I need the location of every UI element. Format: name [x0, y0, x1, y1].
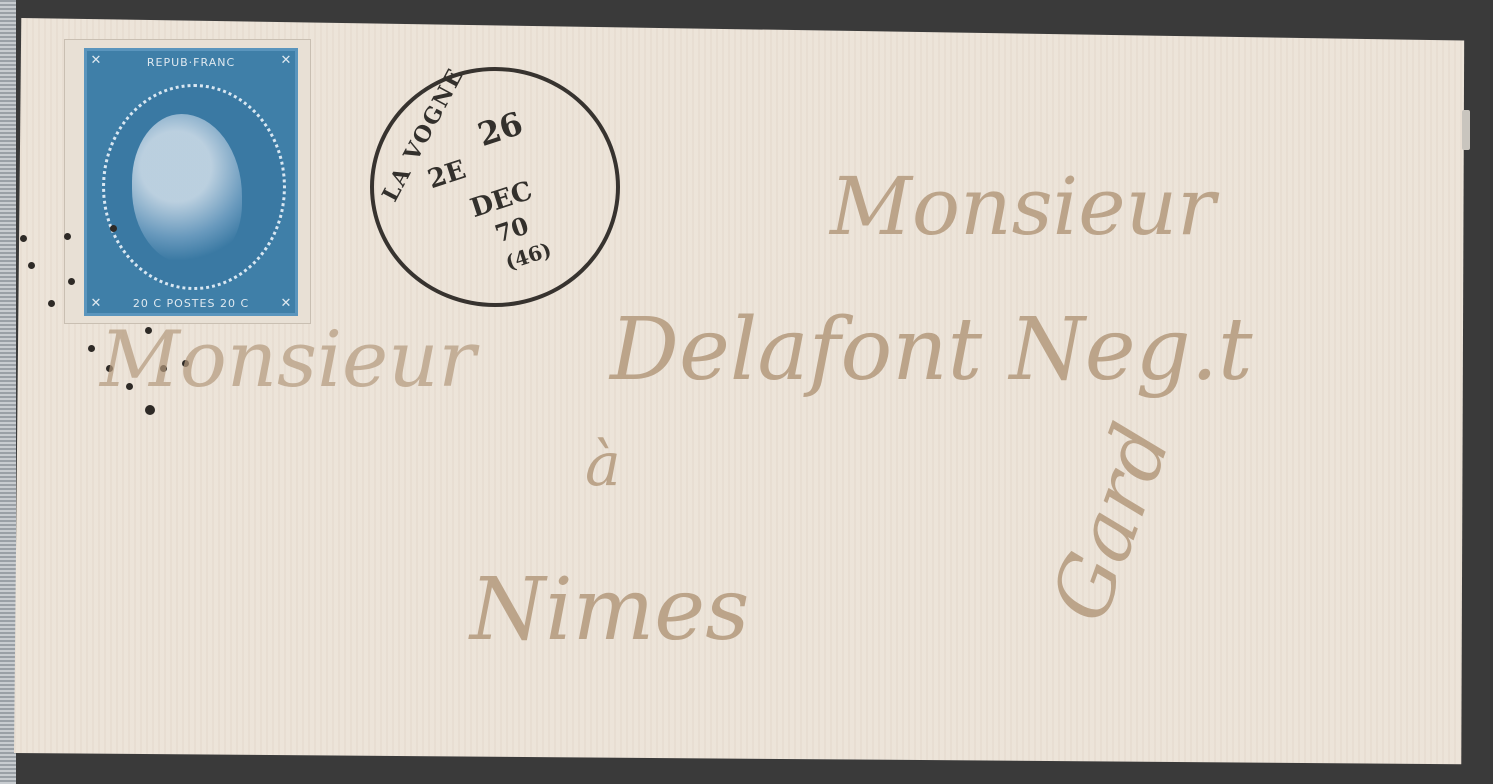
address-overwritten: Monsieur [100, 315, 476, 405]
ceres-stamp: REPUB·FRANC ✕ ✕ ✕ ✕ 20 C POSTES 20 C [84, 48, 298, 316]
address-line-1: Monsieur [830, 160, 1215, 253]
scanner-edge [0, 0, 16, 784]
corner-cross-icon: ✕ [277, 52, 295, 70]
paper-fragment [1462, 110, 1470, 150]
stamp-bottom-text: 20 C POSTES 20 C [84, 297, 298, 310]
address-line-2: Delafont Neg.t [610, 300, 1253, 400]
address-city: Nimes [470, 560, 749, 660]
corner-cross-icon: ✕ [87, 52, 105, 70]
address-line-3: à [585, 430, 621, 500]
stamp-top-text: REPUB·FRANC [84, 56, 298, 69]
